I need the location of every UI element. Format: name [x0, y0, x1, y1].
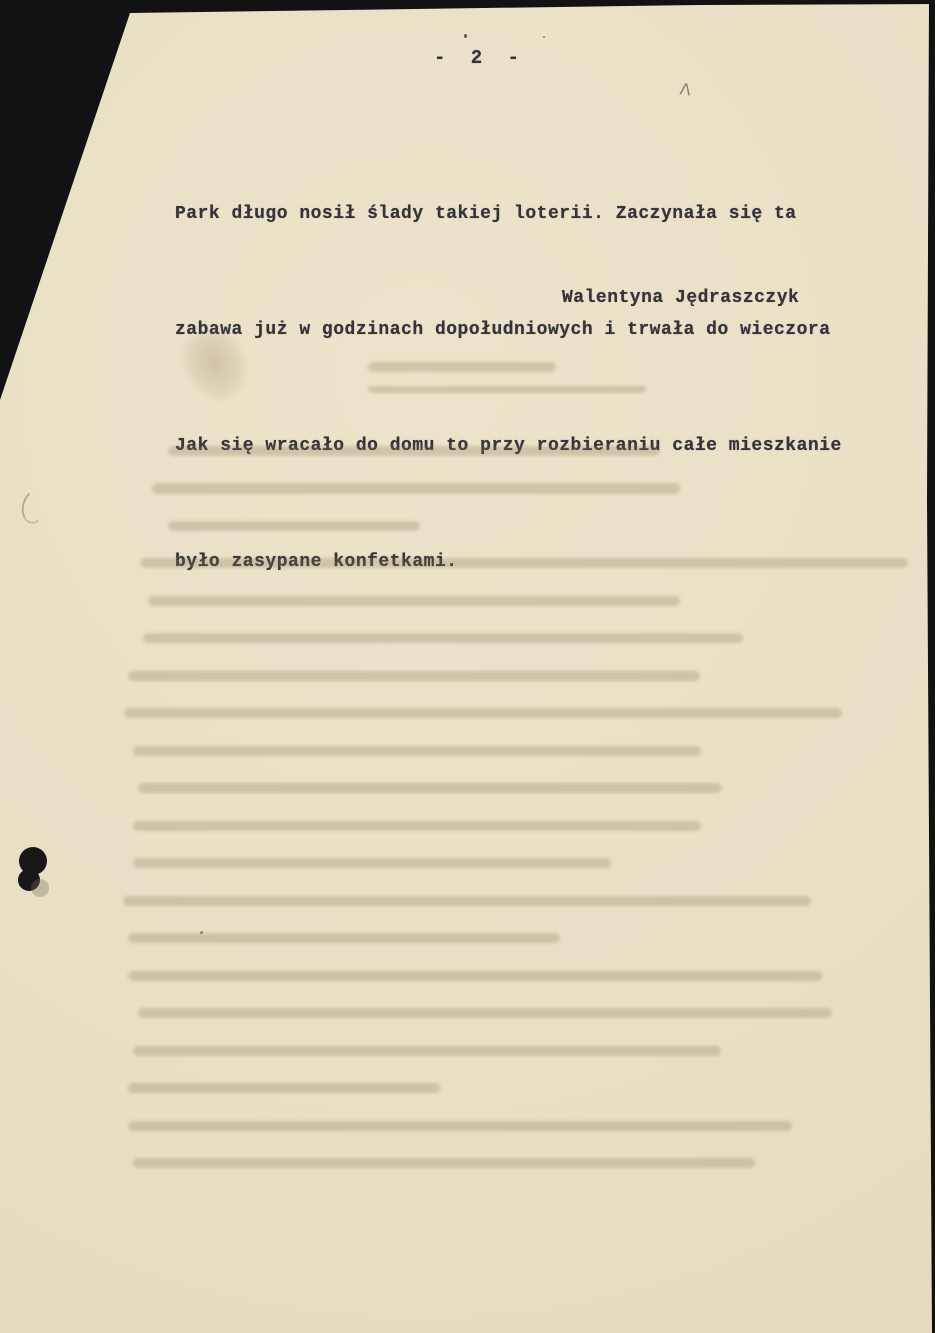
faint-illegible-line — [133, 821, 701, 831]
faint-illegible-line — [133, 1046, 721, 1056]
faint-illegible-line — [133, 1158, 755, 1168]
faint-illegible-line — [128, 1121, 792, 1131]
paragraph-line: zabawa już w godzinach dopołudniowych i … — [175, 311, 842, 350]
faint-illegible-line — [138, 1008, 832, 1018]
pencil-caret-mark: Λ — [679, 79, 692, 99]
faint-illegible-line — [128, 1083, 440, 1093]
author-signature: Walentyna Jędraszczyk — [562, 288, 799, 308]
page-number: - 2 - — [380, 47, 580, 69]
faint-illegible-line — [138, 783, 722, 793]
faint-illegible-line — [368, 362, 556, 372]
faint-illegible-line — [128, 933, 560, 943]
faint-illegible-line — [143, 633, 743, 643]
faint-illegible-line — [368, 386, 646, 393]
paragraph-line: Park długo nosił ślady takiej loterii. Z… — [175, 195, 842, 234]
faint-illegible-line — [128, 971, 822, 981]
ink-speck — [464, 34, 467, 38]
faint-illegible-line — [152, 483, 680, 494]
faint-illegible-line — [148, 596, 680, 606]
faint-illegible-line — [133, 858, 611, 868]
ink-speck — [200, 931, 203, 934]
faint-illegible-line — [123, 896, 811, 906]
faint-illegible-line — [128, 671, 700, 681]
hole-punch-mark — [18, 847, 49, 897]
crescent-indent-mark — [19, 488, 50, 526]
faint-illegible-line — [140, 558, 908, 568]
right-edge-shadow — [927, 0, 935, 1333]
faint-illegible-line — [168, 446, 660, 456]
scanned-typewritten-page: - 2 - Park długo nosił ślady takiej lote… — [0, 0, 935, 1333]
ink-speck — [543, 36, 545, 38]
faint-illegible-line — [124, 708, 842, 718]
faint-illegible-line — [168, 521, 420, 531]
faint-illegible-line — [133, 746, 701, 756]
